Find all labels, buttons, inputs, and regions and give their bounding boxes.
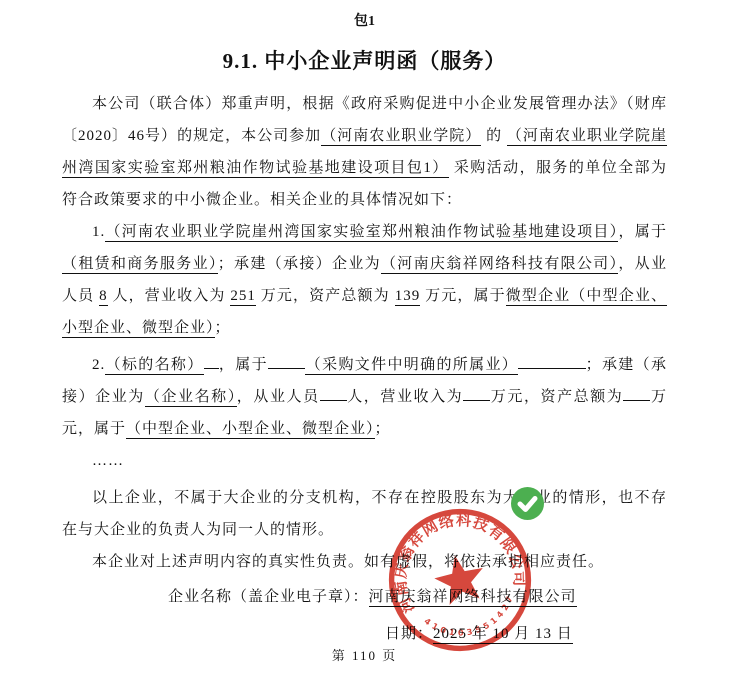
text-segment: ； [215,320,231,336]
text-segment: 万元，资产总额为 [490,389,623,405]
blank-underline [204,352,219,369]
text-segment: 河南庆翁祥网络科技有限公司 [369,589,577,607]
text-segment: （中型企业、小型企业、微型企业） [126,421,375,439]
text-segment: 人，营业收入为 [108,288,231,304]
paragraph-item1: 1.（河南农业职业学院崖州湾国家实验室郑州粮油作物试验基地建设项目），属于（租赁… [62,216,667,344]
blank-underline [463,384,490,401]
text-segment: 人，营业收入为 [347,389,464,405]
blank-underline [518,352,586,369]
paragraph-no-branch: 以上企业，不属于大企业的分支机构，不存在控股股东为大企业的情形，也不存在与大企业… [62,482,667,546]
blank-underline [320,384,347,401]
text-segment: 以上企业，不属于大企业的分支机构，不存在控股股东为大企业的情形，也不存在与大企业… [62,490,667,538]
text-segment: 企业名称（盖企业电子章）： [168,589,369,605]
text-segment: ；承建（承接）企业为 [218,256,381,272]
text-segment: ； [375,421,391,437]
text-segment: 2. [92,357,105,373]
text-segment: 139 [395,288,421,306]
text-segment: 2025 年 10 月 13 日 [433,626,573,644]
text-segment: （采购文件中明确的所属业） [305,357,518,375]
text-segment: （租赁和商务服务业） [62,256,218,274]
blank-underline [268,352,306,369]
text-segment: 1. [92,224,105,240]
text-segment: （标的名称） [105,357,203,375]
text-segment: ，从业人员 [237,389,320,405]
text-segment: 万元，属于 [420,288,506,304]
verified-check-svg [510,486,545,521]
text-segment: （企业名称） [145,389,237,407]
paragraph-item2: 2.（标的名称），属于（采购文件中明确的所属业）；承建（承接）企业为（企业名称）… [62,349,667,445]
declaration-document-page: 包1 9.1. 中小企业声明函（服务） 本公司（联合体）郑重声明，根据《政府采购… [0,0,729,690]
document-title: 9.1. 中小企业声明函（服务） [0,45,729,75]
text-segment: （河南庆翁祥网络科技有限公司） [381,256,618,274]
text-segment: ，属于 [219,357,268,373]
text-segment: 251 [230,288,256,306]
text-segment: 日期： [385,626,433,642]
text-segment: （河南农业职业学院崖州湾国家实验室郑州粮油作物试验基地建设项目） [105,224,618,242]
text-segment: 万元，资产总额为 [256,288,395,304]
blank-underline [623,384,650,401]
text-segment: （河南农业职业学院） [321,128,481,146]
text-segment: 本企业对上述声明内容的真实性负责。如有虚假，将依法承担相应责任。 [92,554,604,570]
text-segment: 的 [481,128,507,144]
paragraph-responsibility: 本企业对上述声明内容的真实性负责。如有虚假，将依法承担相应责任。 [62,546,667,578]
text-segment: ，属于 [618,224,667,240]
package-label: 包1 [0,0,729,30]
paragraph-declaration: 本公司（联合体）郑重声明，根据《政府采购促进中小企业发展管理办法》（财库〔202… [62,88,667,216]
text-segment: …… [92,453,124,469]
paragraph-ellipsis: …… [62,445,667,477]
verified-check-icon [510,486,545,521]
page-number-footer: 第 110 页 [0,645,729,664]
document-body: 本公司（联合体）郑重声明，根据《政府采购促进中小企业发展管理办法》（财库〔202… [62,88,667,650]
text-segment: 8 [99,288,108,306]
company-signature-line: 企业名称（盖企业电子章）：河南庆翁祥网络科技有限公司 [168,581,667,613]
